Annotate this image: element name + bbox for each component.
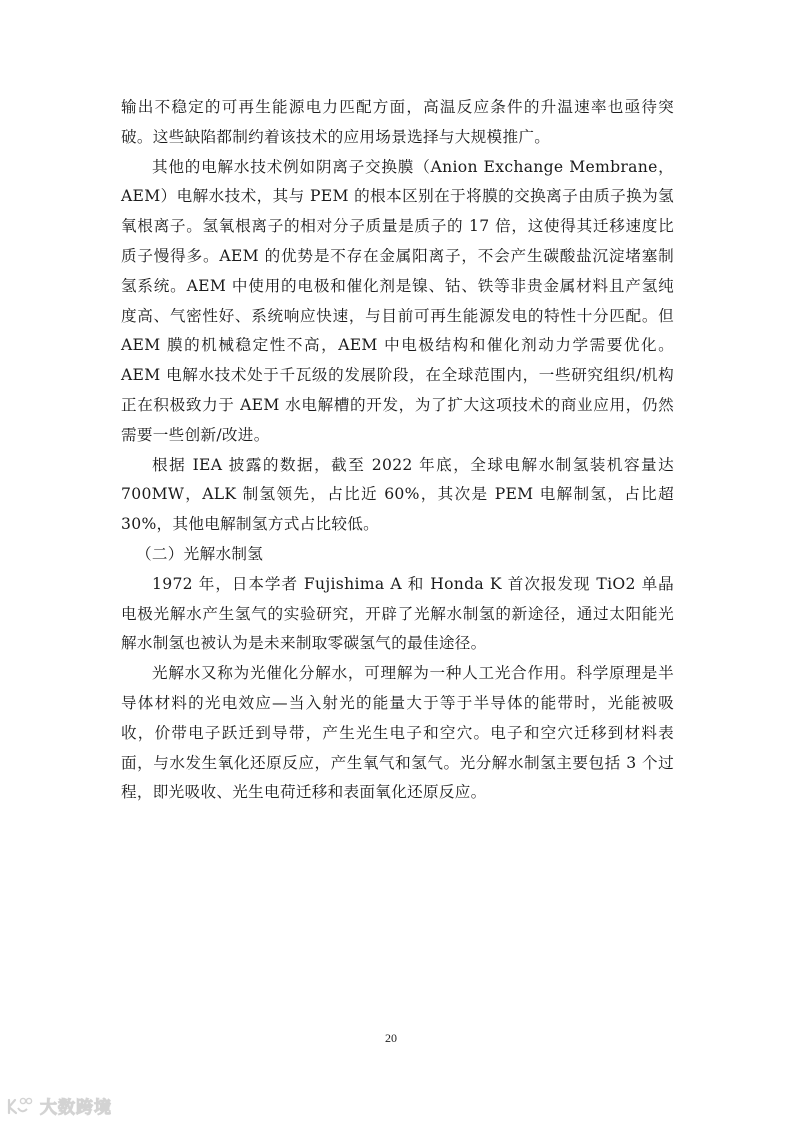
brand-logo-icon (6, 1096, 36, 1116)
paragraph-iea-capacity: 根据 IEA 披露的数据，截至 2022 年底，全球电解水制氢装机容量达 700… (121, 451, 674, 540)
page-number: 20 (380, 1031, 402, 1046)
section-heading: （二）光解水制氢 (121, 540, 674, 570)
page-body: 输出不稳定的可再生能源电力匹配方面，高温反应条件的升温速率也亟待突破。这些缺陷都… (121, 93, 674, 808)
watermark-text: 大数跨境 (40, 1093, 112, 1118)
paragraph-history: 1972 年，日本学者 Fujishima A 和 Honda K 首次报发现 … (121, 570, 674, 659)
watermark: 大数跨境 (6, 1093, 112, 1118)
paragraph-continuation: 输出不稳定的可再生能源电力匹配方面，高温反应条件的升温速率也亟待突破。这些缺陷都… (121, 93, 674, 153)
paragraph-principle: 光解水又称为光催化分解水，可理解为一种人工光合作用。科学原理是半导体材料的光电效… (121, 659, 674, 808)
paragraph-aem-electrolysis: 其他的电解水技术例如阴离子交换膜（Anion Exchange Membrane… (121, 153, 674, 451)
